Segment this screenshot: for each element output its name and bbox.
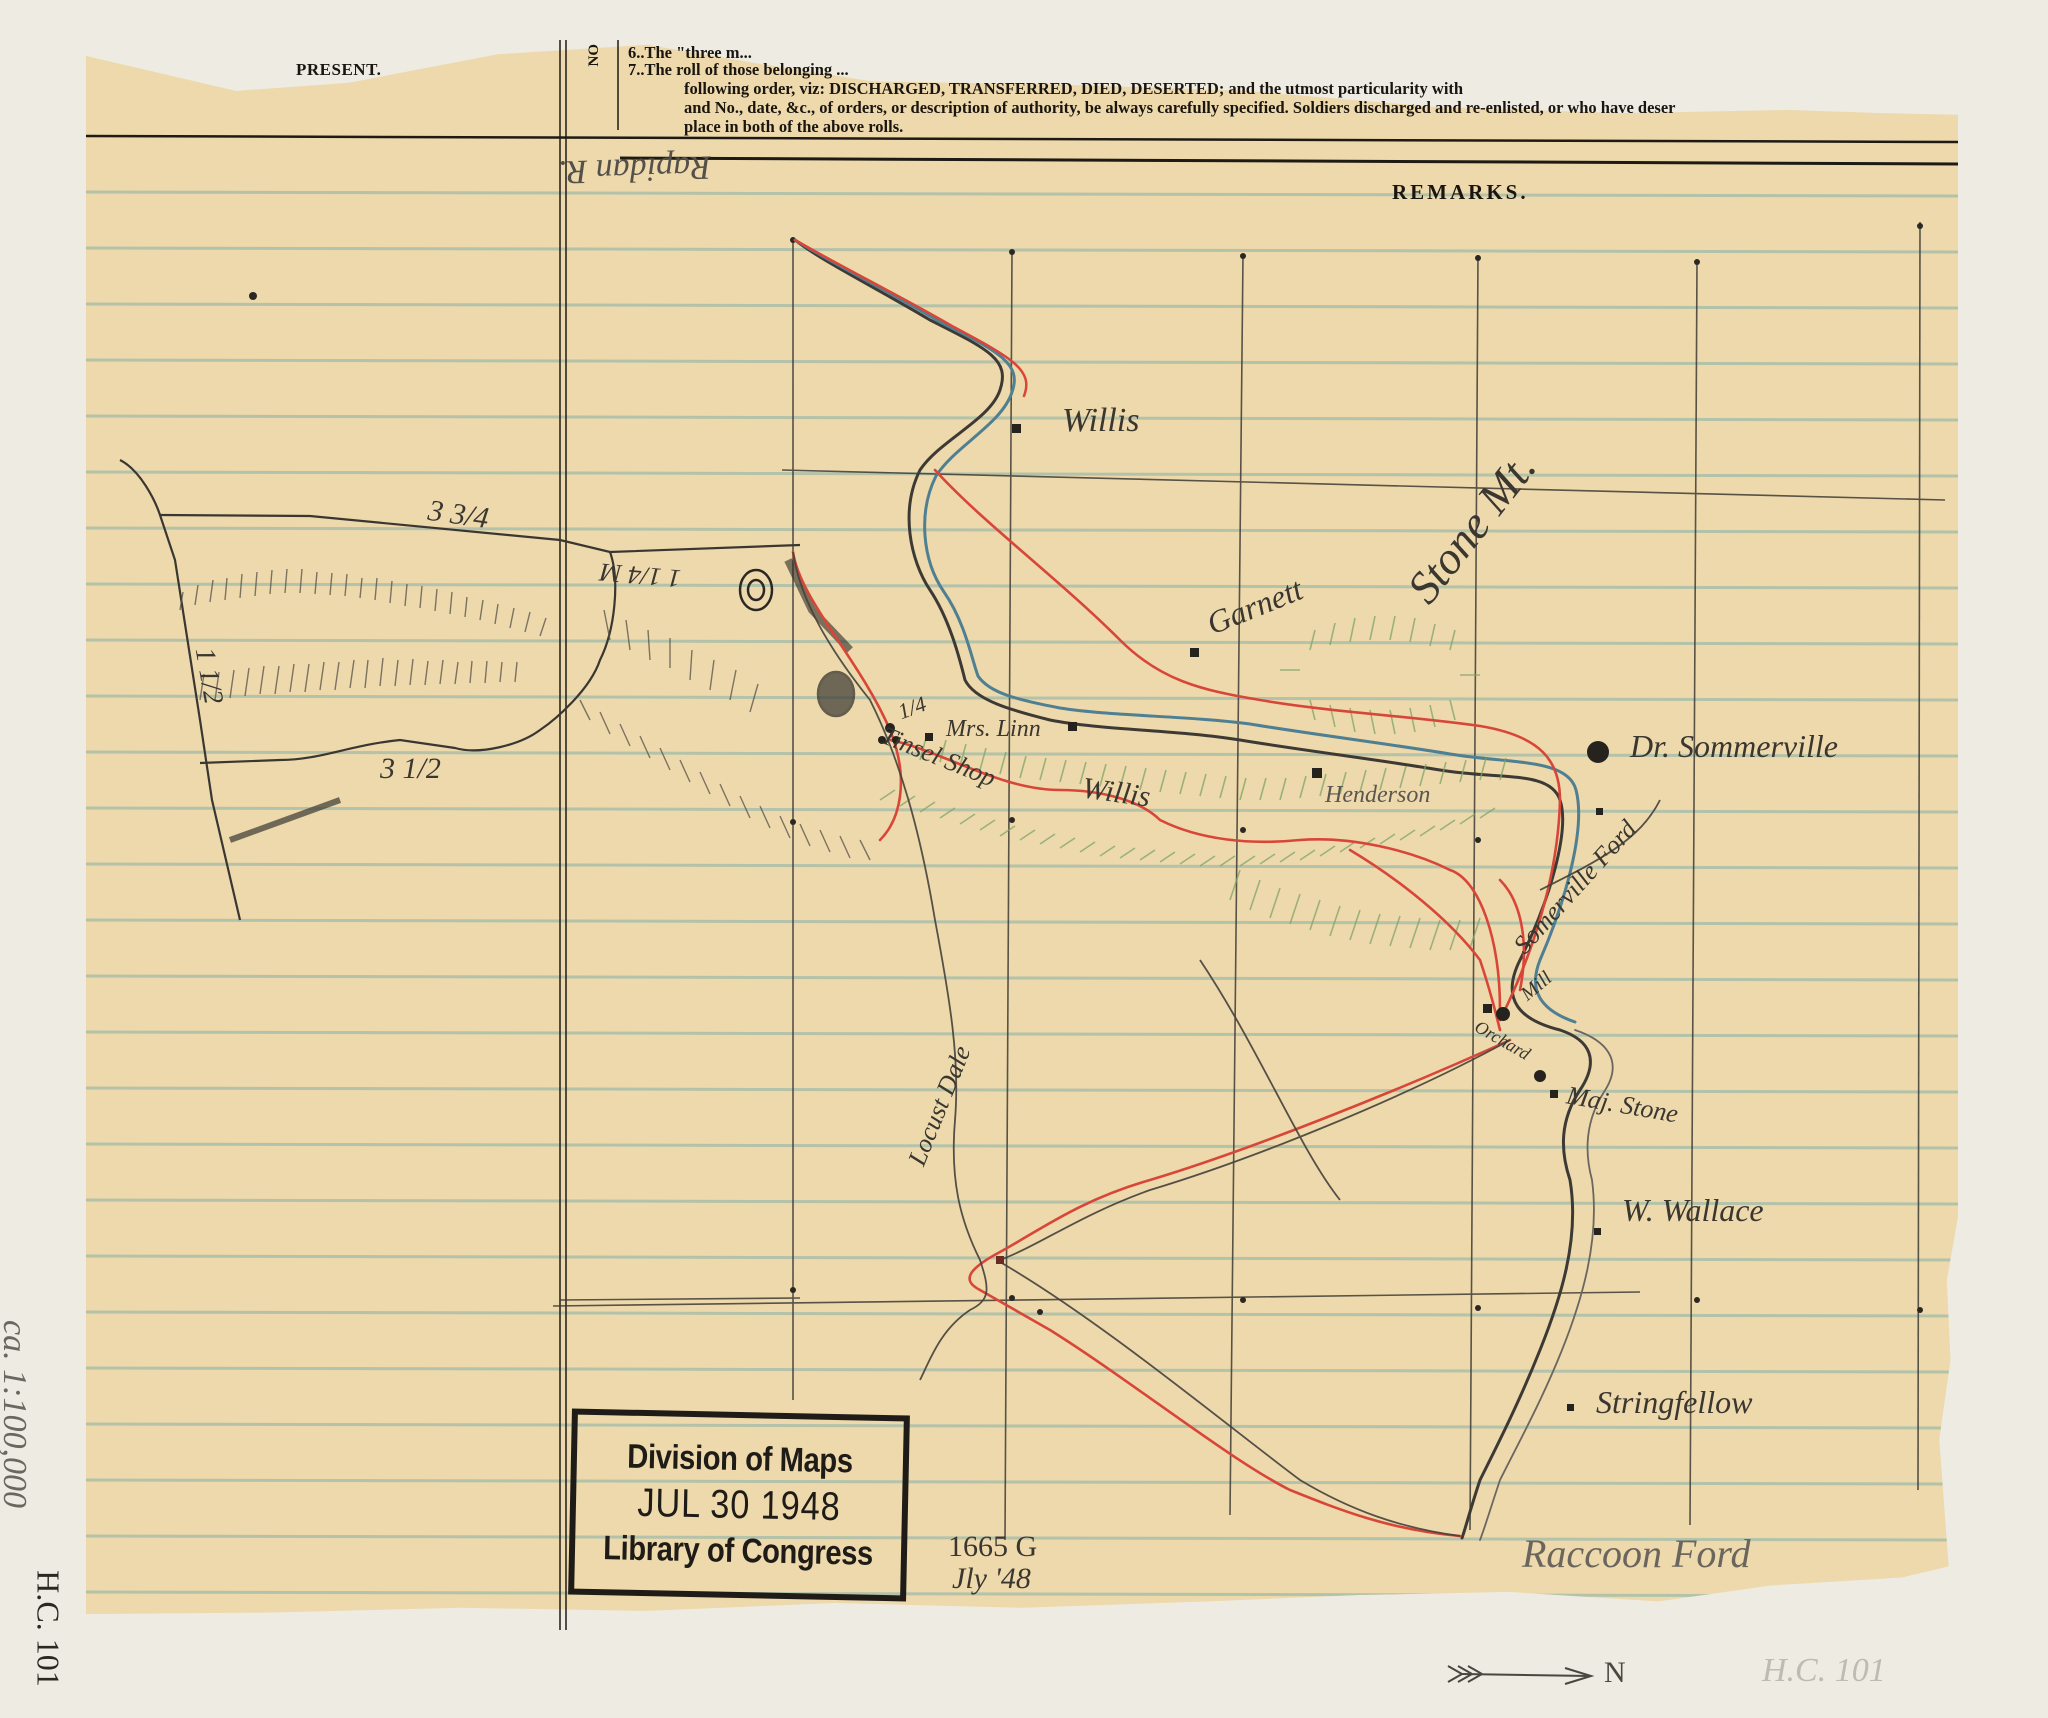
place-label: Raccoon Ford — [1522, 1530, 1750, 1577]
column-header-no: NO — [586, 44, 603, 67]
instruction-line-9: and No., date, &c., of orders, or descri… — [684, 98, 1676, 117]
grid-dots — [249, 223, 1923, 1315]
header-rule — [86, 136, 1958, 142]
place-label: W. Wallace — [1622, 1192, 1764, 1229]
instruction-line-10: place in both of the above rolls. — [684, 117, 903, 136]
place-label: Dr. Sommerville — [1630, 728, 1838, 765]
accession-number: 1665 G — [948, 1530, 1037, 1564]
library-stamp: Division of Maps JUL 30 1948 Library of … — [568, 1408, 910, 1601]
faint-call-number: H.C. 101 — [1762, 1652, 1886, 1690]
place-label: Henderson — [1325, 782, 1430, 809]
call-number: H.C. 101 — [30, 1570, 67, 1686]
north-arrow-icon — [1448, 1666, 1591, 1684]
house-markers — [878, 424, 1609, 1411]
hachure-ridges — [180, 569, 870, 860]
place-label: Willis — [1062, 402, 1139, 440]
instruction-line-8: following order, viz: DISCHARGED, TRANSF… — [684, 79, 1463, 98]
map-drawing — [0, 0, 2048, 1718]
place-label: Mrs. Linn — [946, 716, 1041, 743]
scale-note: ca. 1:100,000 — [0, 1320, 33, 1508]
column-header-present: PRESENT. — [296, 60, 381, 80]
place-label: Stringfellow — [1596, 1384, 1752, 1421]
distance-label-bottom: 3 1/2 — [380, 752, 441, 786]
river-label: Rapidan R. — [557, 147, 711, 190]
instruction-line-7: 7..The roll of those belonging ... — [628, 60, 849, 79]
north-arrow-label: N — [1604, 1656, 1626, 1690]
remarks-header: REMARKS. — [1392, 180, 1529, 205]
stamp-date: JUL 30 1948 — [598, 1479, 879, 1531]
stamp-division: Division of Maps — [599, 1433, 880, 1485]
stamp-library: Library of Congress — [597, 1525, 878, 1577]
accession-date: Jly '48 — [952, 1562, 1031, 1596]
